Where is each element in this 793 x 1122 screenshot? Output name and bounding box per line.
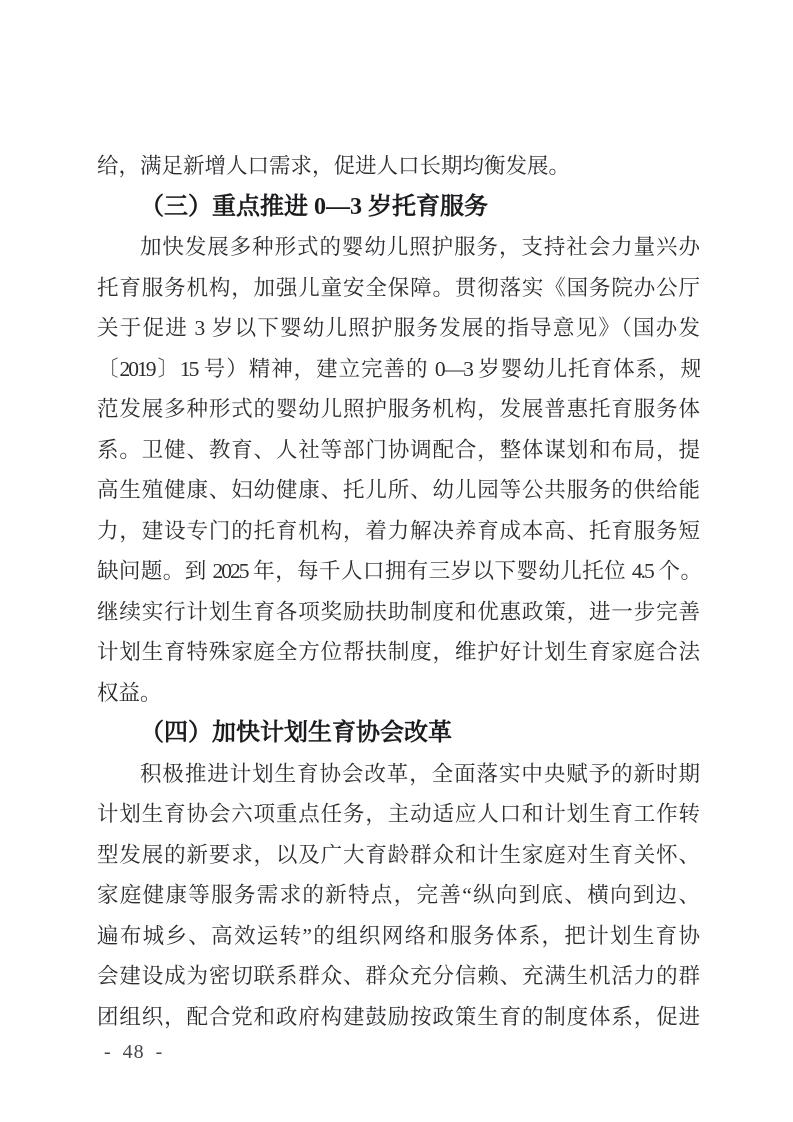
body-text-line: 家庭健康等服务需求的新特点，完善“纵向到底、横向到边、: [97, 875, 700, 916]
body-text-line: 给，满足新增人口需求，促进人口长期均衡发展。: [97, 146, 700, 187]
body-text-line: 遍布城乡、高效运转”的组织网络和服务体系，把计划生育协: [97, 916, 700, 957]
document-body: 给，满足新增人口需求，促进人口长期均衡发展。 （三）重点推进 0—3 岁托育服务…: [97, 146, 700, 1037]
body-text-line: 权益。: [97, 673, 700, 714]
body-text-line: 加快发展多种形式的婴幼儿照护服务，支持社会力量兴办: [97, 227, 700, 268]
section-heading-3: （三）重点推进 0—3 岁托育服务: [97, 187, 700, 228]
body-text-line: 系。卫健、教育、人社等部门协调配合，整体谋划和布局，提: [97, 430, 700, 471]
body-text-line: 力，建设专门的托育机构，着力解决养育成本高、托育服务短: [97, 511, 700, 552]
body-text-line: 托育服务机构，加强儿童安全保障。贯彻落实《国务院办公厅: [97, 268, 700, 309]
body-text-line: 高生殖健康、妇幼健康、托儿所、幼儿园等公共服务的供给能: [97, 470, 700, 511]
body-text-line: 缺问题。到 2025 年，每千人口拥有三岁以下婴幼儿托位 4.5 个。: [97, 551, 700, 592]
body-text-line: 范发展多种形式的婴幼儿照护服务机构，发展普惠托育服务体: [97, 389, 700, 430]
body-text-line: 计划生育特殊家庭全方位帮扶制度，维护好计划生育家庭合法: [97, 632, 700, 673]
page-number: - 48 -: [104, 1041, 163, 1064]
body-text-line: 会建设成为密切联系群众、群众充分信赖、充满生机活力的群: [97, 956, 700, 997]
body-text-line: 计划生育协会六项重点任务，主动适应人口和计划生育工作转: [97, 794, 700, 835]
body-text-line: 继续实行计划生育各项奖励扶助制度和优惠政策，进一步完善: [97, 592, 700, 633]
document-page: 给，满足新增人口需求，促进人口长期均衡发展。 （三）重点推进 0—3 岁托育服务…: [0, 0, 793, 1122]
section-heading-4: （四）加快计划生育协会改革: [97, 713, 700, 754]
body-text-line: 团组织，配合党和政府构建鼓励按政策生育的制度体系，促进: [97, 997, 700, 1038]
body-text-line: 型发展的新要求，以及广大育龄群众和计生家庭对生育关怀、: [97, 835, 700, 876]
body-text-line: 积极推进计划生育协会改革，全面落实中央赋予的新时期: [97, 754, 700, 795]
body-text-line: 〔2019〕15 号）精神，建立完善的 0—3 岁婴幼儿托育体系，规: [97, 349, 700, 390]
body-text-line: 关于促进 3 岁以下婴幼儿照护服务发展的指导意见》（国办发: [97, 308, 700, 349]
